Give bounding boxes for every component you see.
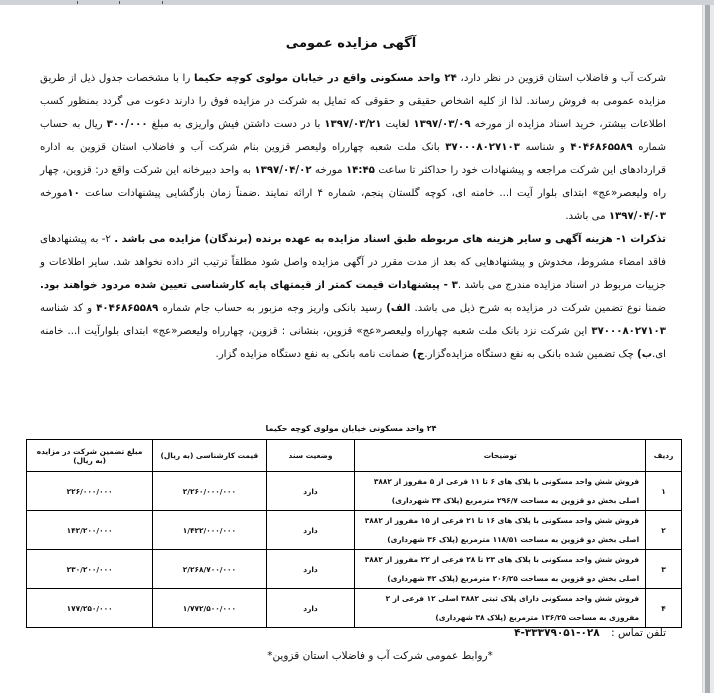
cell-row-number: ۴ — [646, 589, 682, 628]
deadline-date: ۱۳۹۷/۰۴/۰۲ — [254, 165, 311, 176]
vertical-scrollbar[interactable] — [702, 5, 714, 693]
property-highlight: ۲۴ واحد مسکونی واقع در خیابان مولوی کوچه… — [194, 73, 457, 84]
table-caption: ۲۴ واحد مسکونی خیابان مولوی کوچه حکیما — [0, 424, 702, 433]
cell-doc-status: دارد — [266, 589, 355, 628]
cell-doc-status: دارد — [266, 472, 355, 511]
deadline-time: ۱۴:۴۵ — [346, 165, 375, 176]
scrollbar-thumb[interactable] — [705, 5, 710, 693]
opening-date: ۱۳۹۷/۰۴/۰۳ — [609, 211, 666, 222]
table-row: ۱ فروش شش واحد مسکونی با پلاک های ۶ تا ۱… — [27, 472, 682, 511]
cell-guarantee: ۲۳۰/۲۰۰/۰۰۰ — [27, 550, 153, 589]
properties-table: ردیف توضیحات وضعیت سند قیمت کارشناسی (به… — [26, 439, 682, 628]
contact-label: تلفن تماس : — [611, 627, 666, 639]
cell-row-number: ۳ — [646, 550, 682, 589]
shenase-number-2: ۳۷۰۰۰۸۰۲۷۱۰۳ — [591, 326, 666, 337]
date-from: ۱۳۹۷/۰۳/۰۹ — [413, 119, 470, 130]
cell-guarantee: ۱۴۲/۲۰۰/۰۰۰ — [27, 511, 153, 550]
header-doc-status: وضعیت سند — [266, 440, 355, 472]
cell-description: فروش شش واحد مسکونی دارای پلاک ثبتی ۳۸۸۲… — [355, 589, 646, 628]
account-number: ۴۰۴۶۸۶۵۵۸۹ — [570, 142, 632, 153]
footer-signature: *روابط عمومی شرکت آب و فاضلاب استان قزوی… — [230, 650, 530, 662]
header-description: توضیحات — [355, 440, 646, 472]
cell-doc-status: دارد — [266, 511, 355, 550]
ruler-tick — [77, 1, 78, 4]
ruler-tick — [119, 1, 120, 4]
shenase-number: ۳۷۰۰۰۸۰۲۷۱۰۳ — [445, 142, 520, 153]
cell-guarantee: ۲۲۶/۰۰۰/۰۰۰ — [27, 472, 153, 511]
cell-expert-price: ۱/۴۲۲/۰۰۰/۰۰۰ — [153, 511, 266, 550]
page-title: آگهی مزایده عمومی — [0, 36, 702, 51]
header-guarantee: مبلغ تضمین شرکت در مزایده (به ریال) — [27, 440, 153, 472]
note-1: تذکرات ۱- هزینه آگهی و سایر هزینه های مر… — [114, 234, 666, 245]
header-row-number: ردیف — [646, 440, 682, 472]
document-page: آگهی مزایده عمومی شرکت آب و فاضلاب استان… — [0, 5, 702, 693]
announcement-paragraph: شرکت آب و فاضلاب استان قزوین در نظر دارد… — [40, 67, 666, 366]
table-row: ۲ فروش شش واحد مسکونی با پلاک های ۱۶ تا … — [27, 511, 682, 550]
account-number-2: ۴۰۴۶۸۶۵۵۸۹ — [96, 303, 158, 314]
cell-guarantee: ۱۷۷/۲۵۰/۰۰۰ — [27, 589, 153, 628]
cell-expert-price: ۲/۲۶۰/۰۰۰/۰۰۰ — [153, 472, 266, 511]
table-row: ۴ فروش شش واحد مسکونی دارای پلاک ثبتی ۳۸… — [27, 589, 682, 628]
note-3: ۳ - پیشنهادات قیمت کمتر از قیمتهای پایه … — [40, 280, 458, 291]
cell-doc-status: دارد — [266, 550, 355, 589]
contact-line: تلفن تماس : ۰۲۸-۳۳۳۷۹۰۵۱-۴ — [300, 627, 666, 639]
table-header-row: ردیف توضیحات وضعیت سند قیمت کارشناسی (به… — [27, 440, 682, 472]
header-expert-price: قیمت کارشناسی (به ریال) — [153, 440, 266, 472]
table-row: ۳ فروش شش واحد مسکونی با پلاک های ۲۳ تا … — [27, 550, 682, 589]
cell-description: فروش شش واحد مسکونی با پلاک های ۱۶ تا ۲۱… — [355, 511, 646, 550]
fee-amount: ۳۰۰/۰۰۰ — [107, 119, 148, 130]
ruler-tick — [162, 1, 163, 4]
date-to: ۱۳۹۷/۰۳/۲۱ — [324, 119, 381, 130]
cell-description: فروش شش واحد مسکونی با پلاک های ۶ تا ۱۱ … — [355, 472, 646, 511]
cell-description: فروش شش واحد مسکونی با پلاک های ۲۳ تا ۲۸… — [355, 550, 646, 589]
cell-expert-price: ۲/۲۶۸/۷۰۰/۰۰۰ — [153, 550, 266, 589]
cell-expert-price: ۱/۷۷۲/۵۰۰/۰۰۰ — [153, 589, 266, 628]
contact-phone: ۰۲۸-۳۳۳۷۹۰۵۱-۴ — [514, 627, 600, 639]
cell-row-number: ۱ — [646, 472, 682, 511]
cell-row-number: ۲ — [646, 511, 682, 550]
opening-time: ۱۰ — [67, 188, 79, 199]
